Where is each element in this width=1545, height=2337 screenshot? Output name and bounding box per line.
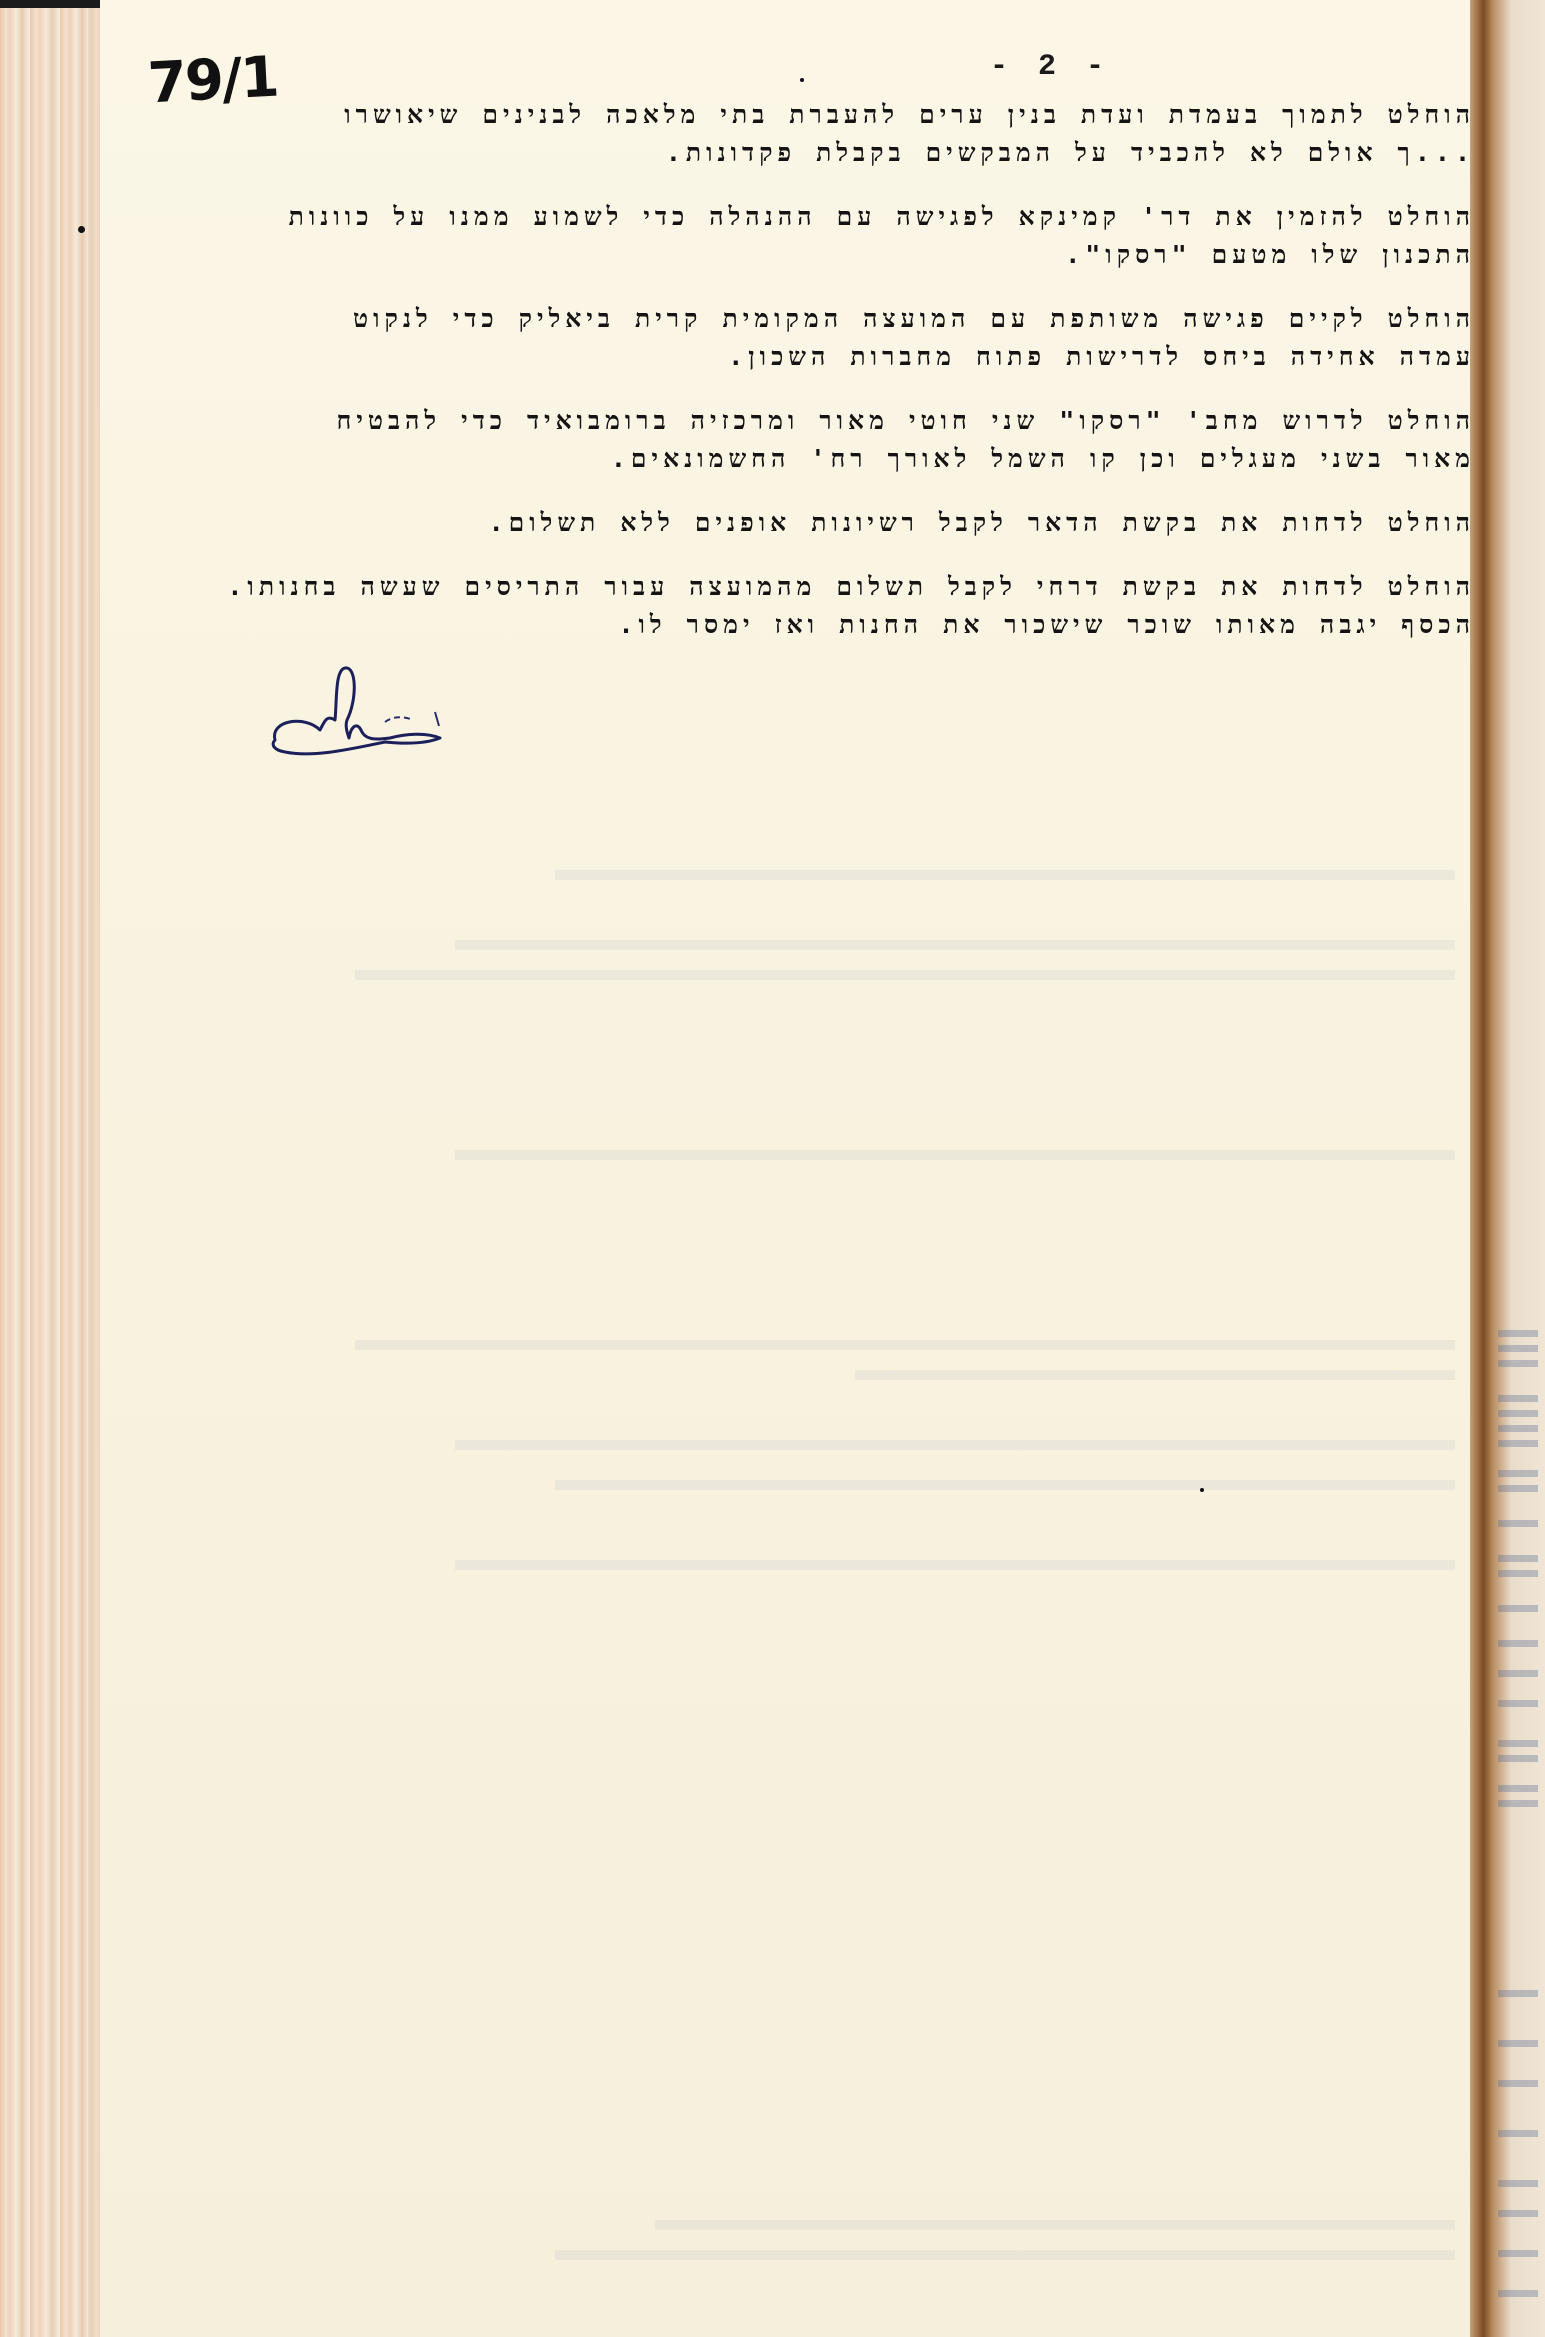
- show-through-text: [355, 970, 1455, 980]
- signature-icon: [265, 660, 465, 770]
- text-line: הוחלט לדחות את בקשת דרחי לקבל תשלום מהמו…: [155, 568, 1475, 606]
- text-line: הוחלט להזמין את דר' קמינקא לפגישה עם ההנ…: [155, 198, 1475, 236]
- resolution-paragraph: הוחלט לדחות את בקשת דרחי לקבל תשלום מהמו…: [155, 568, 1475, 644]
- page-number: - 2 -: [990, 50, 1110, 84]
- show-through-text: [355, 1340, 1455, 1350]
- ink-speck: [1200, 1488, 1204, 1492]
- stacked-page-edges: [0, 0, 100, 2337]
- resolution-paragraph: הוחלט לדחות את בקשת הדאר לקבל רשיונות או…: [155, 504, 1475, 542]
- binding-gutter: [1470, 0, 1545, 2337]
- text-line: התכנון שלו מטעם "רסקו".: [155, 236, 1475, 274]
- text-line: הוחלט לקיים פגישה משותפת עם המועצה המקומ…: [155, 300, 1475, 338]
- resolution-paragraph: הוחלט לקיים פגישה משותפת עם המועצה המקומ…: [155, 300, 1475, 376]
- show-through-text: [855, 1370, 1455, 1380]
- show-through-text: [455, 1560, 1455, 1570]
- resolution-paragraph: הוחלט להזמין את דר' קמינקא לפגישה עם ההנ…: [155, 198, 1475, 274]
- text-line: הכסף יגבה מאותו שוכר שישכור את החנות ואז…: [155, 606, 1475, 644]
- text-line: הוחלט לתמוך בעמדת ועדת בנין ערים להעברת …: [155, 96, 1475, 134]
- show-through-text: [455, 940, 1455, 950]
- text-line: מאור בשני מעגלים וכן קו השמל לאורך רח' ה…: [155, 440, 1475, 478]
- minutes-body: הוחלט לתמוך בעמדת ועדת בנין ערים להעברת …: [155, 96, 1475, 670]
- text-line: הוחלט לדחות את בקשת הדאר לקבל רשיונות או…: [155, 504, 1475, 542]
- resolution-paragraph: הוחלט לדרוש מחב' "רסקו" שני חוטי מאור ומ…: [155, 402, 1475, 478]
- show-through-text: [655, 2220, 1455, 2230]
- text-line: ...ך אולם לא להכביד על המבקשים בקבלת פקד…: [155, 134, 1475, 172]
- show-through-text: [455, 1440, 1455, 1450]
- ink-speck: [78, 226, 85, 233]
- show-through-text: [555, 2250, 1455, 2260]
- resolution-paragraph: הוחלט לתמוך בעמדת ועדת בנין ערים להעברת …: [155, 96, 1475, 172]
- ink-speck: [800, 78, 804, 82]
- show-through-text: [555, 870, 1455, 880]
- show-through-text: [455, 1150, 1455, 1160]
- text-line: הוחלט לדרוש מחב' "רסקו" שני חוטי מאור ומ…: [155, 402, 1475, 440]
- show-through-text: [555, 1480, 1455, 1490]
- text-line: עמדה אחידה ביחס לדרישות פתוח מחברות השכו…: [155, 338, 1475, 376]
